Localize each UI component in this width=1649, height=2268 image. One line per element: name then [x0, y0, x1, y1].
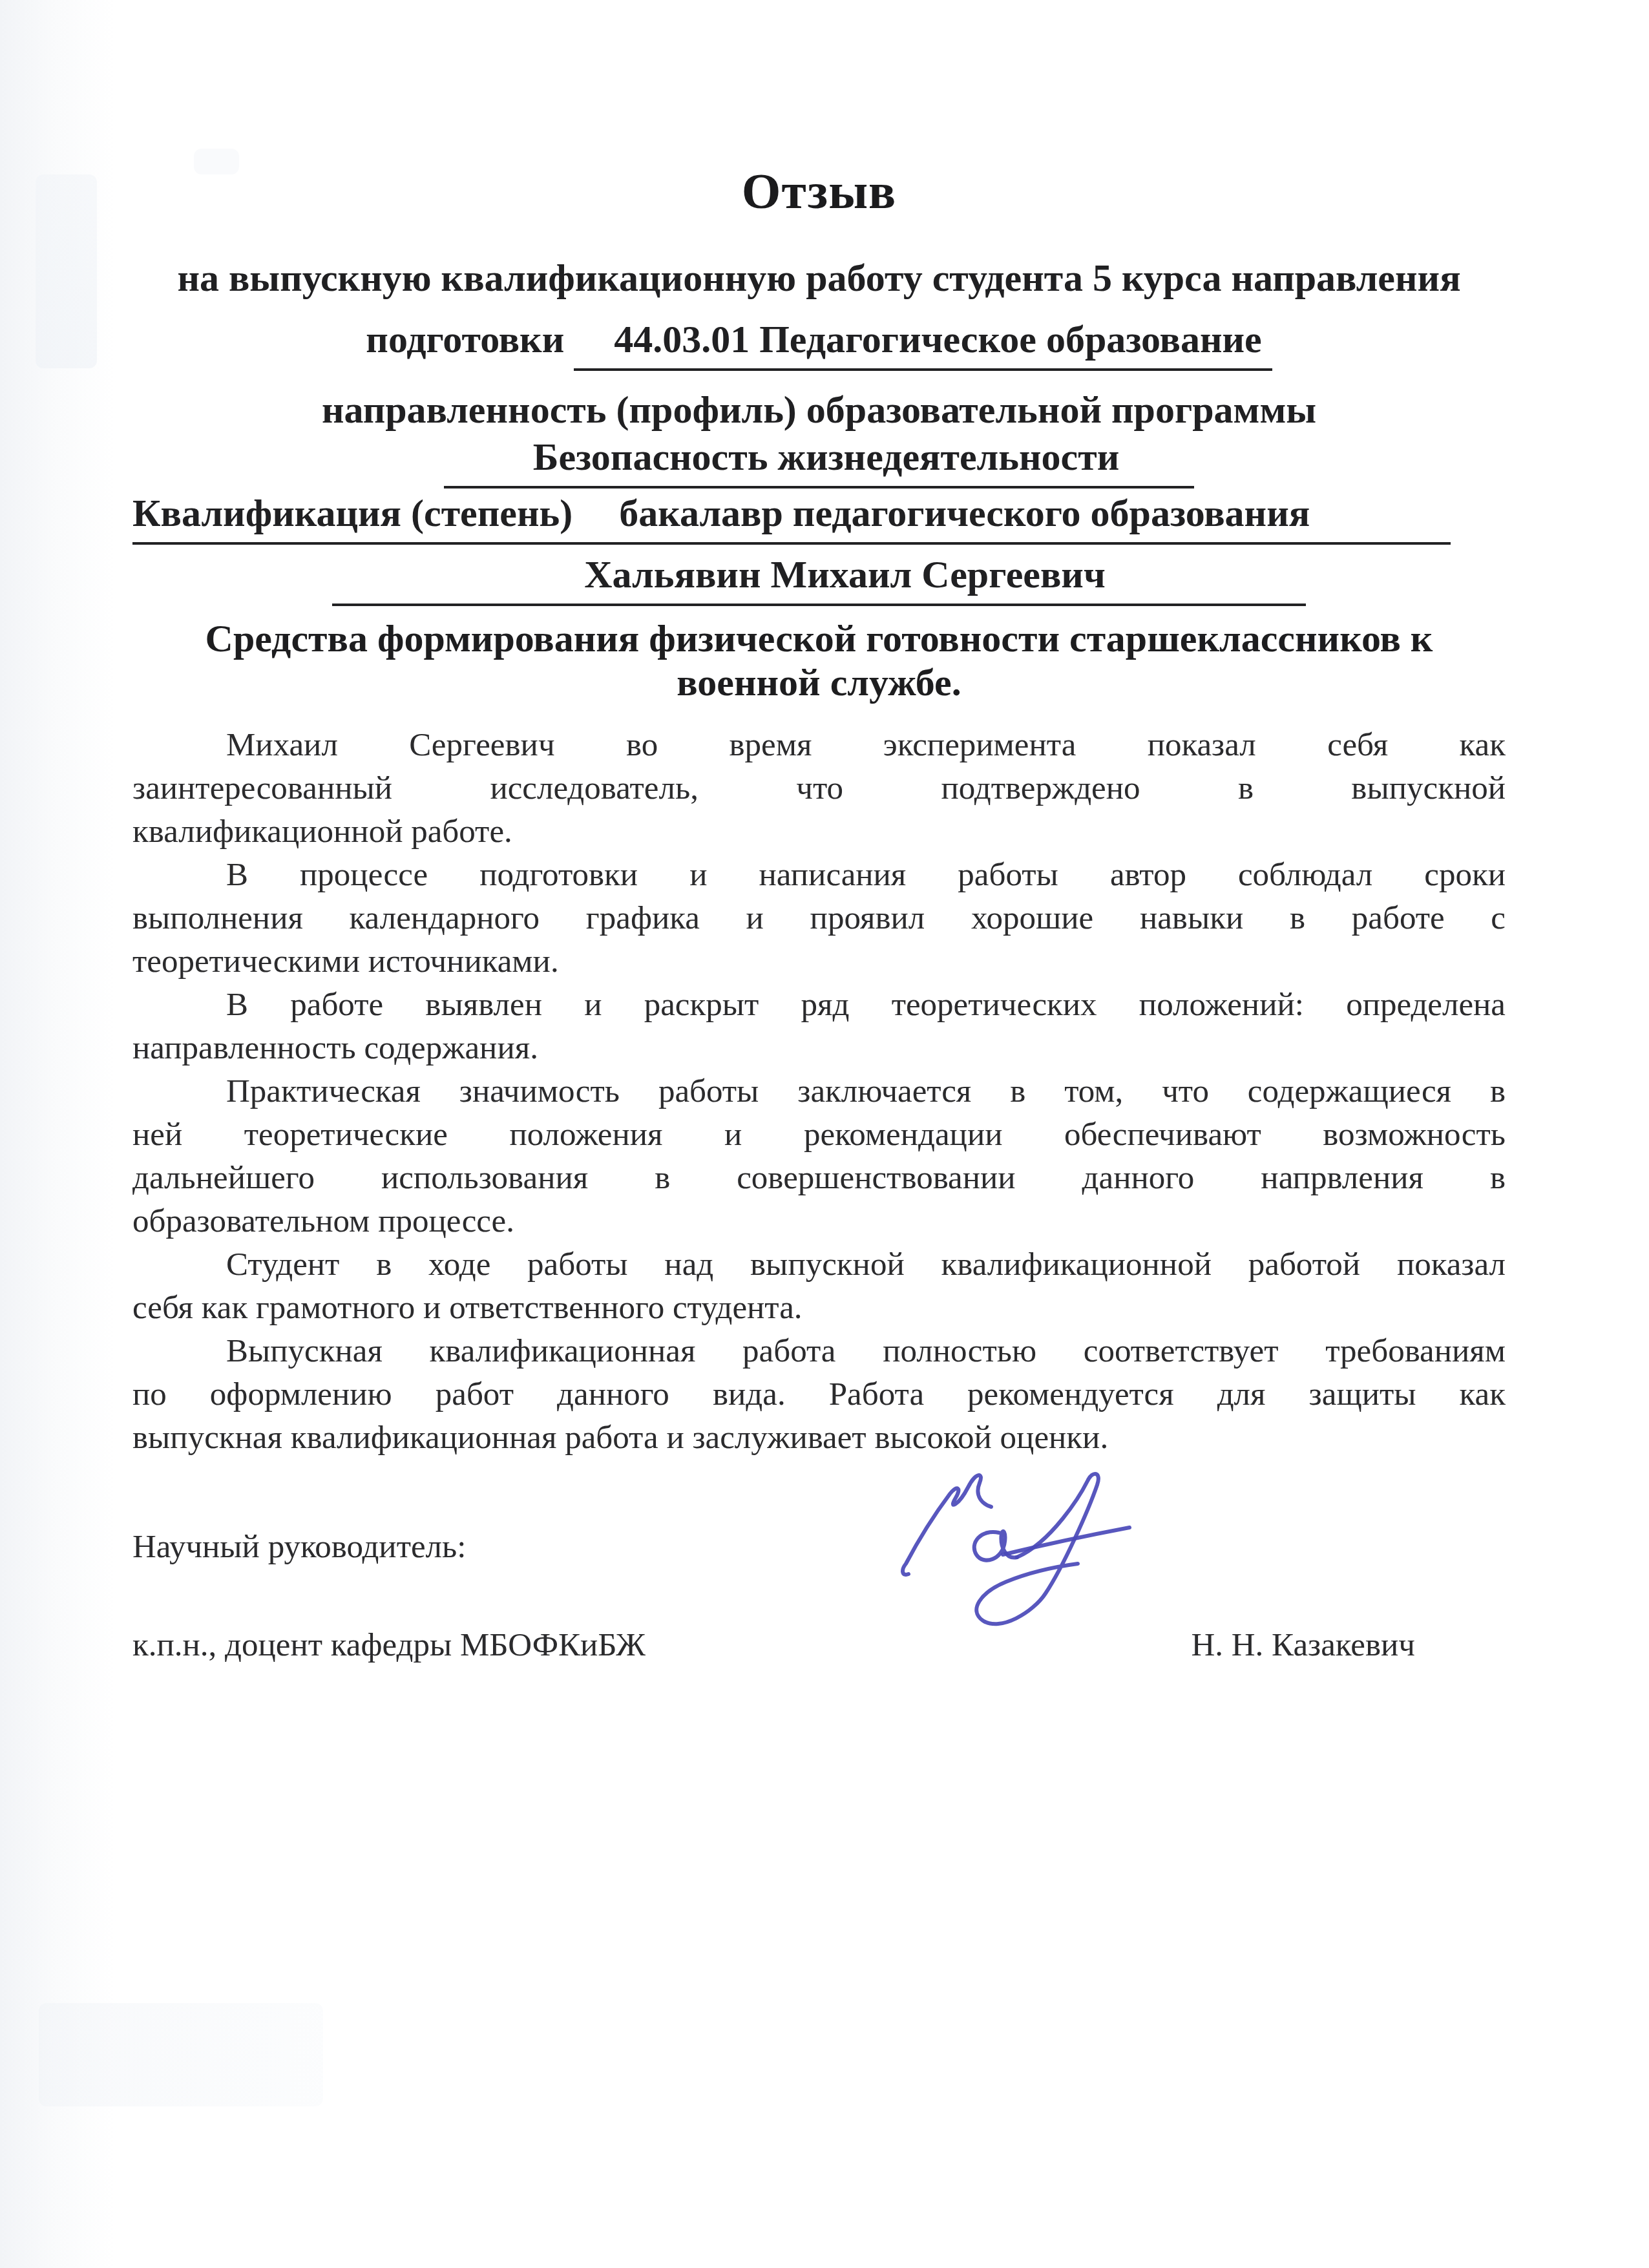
student-name-line: Хальявин Михаил Сергеевич [132, 551, 1506, 606]
document-page: Отзыв на выпускную квалификационную рабо… [0, 0, 1649, 2268]
signature-block: Научный руководитель: к.п.н., доцент каф… [132, 1527, 1506, 1665]
paragraph-line: дальнейшего использования в совершенство… [132, 1157, 1506, 1200]
paragraph-line: Студент в ходе работы над выпускной квал… [132, 1243, 1506, 1286]
paragraph-line: выполнения календарного графика и прояви… [132, 897, 1506, 940]
signature-stroke [1003, 1528, 1129, 1555]
qualification-line: Квалификация (степень) бакалавр педагоги… [132, 490, 1451, 545]
subtitle-line: на выпускную квалификационную работу сту… [132, 255, 1506, 302]
program-label: подготовки [366, 318, 564, 361]
profile-label-line: направленность (профиль) образовательной… [132, 386, 1506, 434]
program-line: подготовки 44.03.01 Педагогическое образ… [132, 316, 1506, 371]
supervisor-position: к.п.н., доцент кафедры МБОФКиБЖ [132, 1625, 646, 1665]
handwritten-signature-icon [898, 1468, 1137, 1635]
document-title: Отзыв [132, 160, 1506, 222]
document-content: Отзыв на выпускную квалификационную рабо… [132, 160, 1506, 1665]
signature-stroke [903, 1475, 991, 1575]
paragraph-line: Практическая значимость работы заключает… [132, 1070, 1506, 1113]
signature-stroke [974, 1531, 1017, 1560]
paragraph-line: Михаил Сергеевич во время эксперимента п… [132, 724, 1506, 767]
paragraph-line: квалификационной работе. [132, 810, 1506, 854]
paragraph-line: образовательном процессе. [132, 1200, 1506, 1243]
paragraph-line: выпускная квалификационная работа и засл… [132, 1416, 1506, 1460]
paragraph-line: теоретическими источниками. [132, 940, 1506, 983]
review-body: Михаил Сергеевич во время эксперимента п… [132, 724, 1506, 1460]
profile-value-underlined: Безопасность жизнедеятельности [444, 434, 1194, 488]
paragraph-line: В работе выявлен и раскрыт ряд теоретиче… [132, 983, 1506, 1027]
profile-value-line: Безопасность жизнедеятельности [132, 434, 1506, 488]
work-title: Средства формирования физической готовно… [186, 616, 1453, 704]
paragraph-line: Выпускная квалификационная работа полнос… [132, 1330, 1506, 1373]
paragraph-line: ней теоретические положения и рекомендац… [132, 1113, 1506, 1157]
supervisor-label: Научный руководитель: [132, 1527, 1506, 1567]
paragraph-line: себя как грамотного и ответственного сту… [132, 1286, 1506, 1330]
student-name-underlined: Хальявин Михаил Сергеевич [332, 551, 1305, 606]
scan-artifact [39, 2003, 323, 2106]
supervisor-name: Н. Н. Казакевич [1191, 1625, 1415, 1665]
qualification-value: бакалавр педагогического образования [619, 490, 1310, 537]
paragraph-line: В процессе подготовки и написания работы… [132, 854, 1506, 897]
signature-row: к.п.н., доцент кафедры МБОФКиБЖ Н. Н. Ка… [132, 1625, 1506, 1665]
qualification-label: Квалификация (степень) [132, 490, 572, 537]
paragraph-line: направленность содержания. [132, 1027, 1506, 1070]
paragraph-line: заинтересованный исследователь, что подт… [132, 767, 1506, 810]
scan-artifact [36, 174, 97, 368]
signature-stroke [976, 1474, 1098, 1624]
paragraph-line: по оформлению работ данного вида. Работа… [132, 1373, 1506, 1416]
program-value-underlined: 44.03.01 Педагогическое образование [574, 316, 1272, 371]
